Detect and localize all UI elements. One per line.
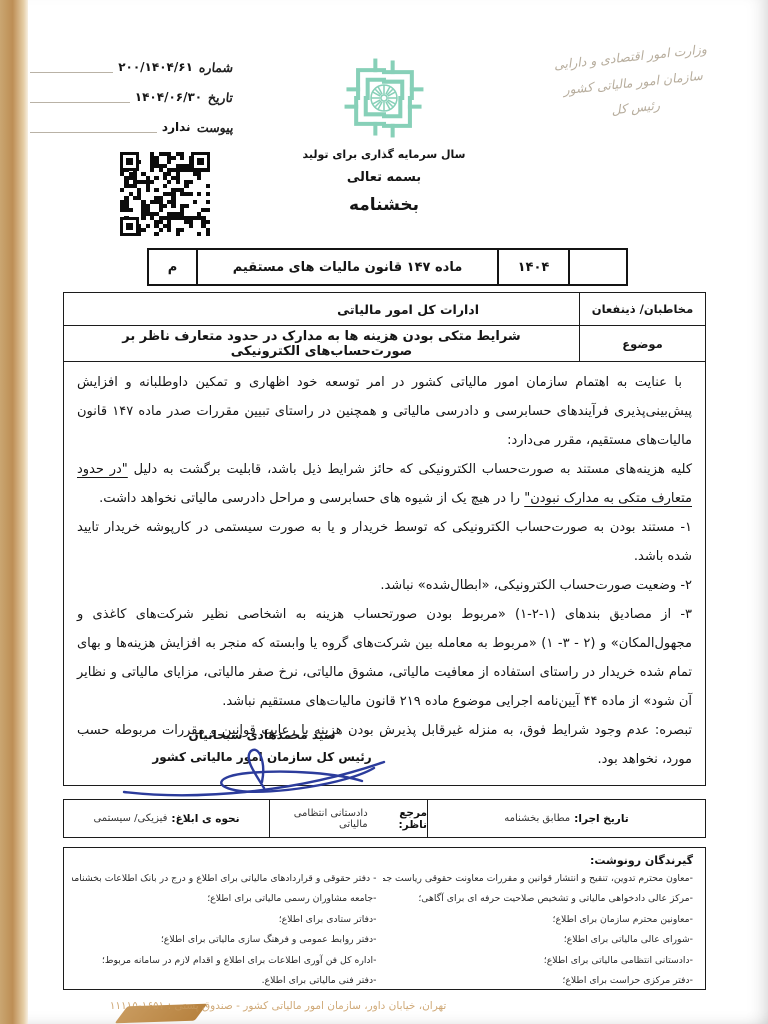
classification-year: ۱۴۰۴ <box>497 250 568 284</box>
attachment-label: پیوست <box>194 120 233 135</box>
qr-finder-icon <box>120 217 139 236</box>
execution-date-label: تاریخ اجرا: <box>574 813 629 825</box>
notification-method-cell: نحوه ی ابلاغ: فیزیکی/ سیستمی <box>64 800 269 837</box>
letter-date-row: تاریخ ۱۴۰۴/۰۶/۳۰ <box>30 82 232 112</box>
attachment-underline <box>30 132 157 133</box>
method-value: فیزیکی/ سیستمی <box>93 813 167 824</box>
recipients-column-right: -معاون محترم تدوین، تنقیح و انتشار قوانی… <box>383 869 694 992</box>
classification-code-letter: م <box>149 250 196 284</box>
document-type-title: بخشنامه <box>0 195 768 215</box>
authority-label: مرجع ناظر: <box>372 807 427 831</box>
execution-date-cell: تاریخ اجرا: مطابق بخشنامه <box>427 800 705 837</box>
number-value: ۲۰۰/۱۴۰۴/۶۱ <box>118 60 193 74</box>
letter-meta: شماره ۲۰۰/۱۴۰۴/۶۱ تاریخ ۱۴۰۴/۰۶/۳۰ پیوست… <box>30 52 232 142</box>
tax-organization-logo-icon <box>336 50 432 146</box>
audience-label: مخاطبان/ ذینفعان <box>579 293 705 325</box>
signer-name: سید محمدهادی سبحانیان <box>152 724 372 746</box>
recipient-item: -دفتر مرکزی حراست برای اطلاع؛ <box>383 971 694 991</box>
attachment-value: ندارد <box>162 120 191 134</box>
year-slogan: سال سرمایه گذاری برای تولید <box>0 148 768 161</box>
authority-value: دادستانی انتظامی مالیاتی <box>270 808 368 830</box>
classification-law-ref: ماده ۱۴۷ قانون مالیات های مستقیم <box>196 250 497 284</box>
recipient-item: -معاونین محترم سازمان برای اطلاع؛ <box>383 910 694 930</box>
subject-value: شرایط متکی بودن هزینه ها به مدارک در حدو… <box>64 326 579 361</box>
condition-item-1: ۱- مستند بودن به صورت‌حساب الکترونیکی که… <box>77 514 692 572</box>
audience-row: مخاطبان/ ذینفعان ادارات کل امور مالیاتی <box>64 293 705 325</box>
date-underline <box>30 102 130 103</box>
document-heading: سال سرمایه گذاری برای تولید بسمه تعالی ب… <box>0 148 768 215</box>
date-label: تاریخ <box>206 90 233 105</box>
ministry-letterhead: وزارت امور اقتصادی و دارایی سازمان امور … <box>535 34 732 130</box>
letter-number-row: شماره ۲۰۰/۱۴۰۴/۶۱ <box>30 52 232 82</box>
recipient-item: -معاون محترم تدوین، تنقیح و انتشار قوانی… <box>383 869 694 889</box>
execution-info-row: تاریخ اجرا: مطابق بخشنامه مرجع ناظر: داد… <box>63 799 706 838</box>
subject-label: موضوع <box>579 326 705 361</box>
copy-recipients-columns: -معاون محترم تدوین، تنقیح و انتشار قوانی… <box>72 869 693 992</box>
number-underline <box>30 72 113 73</box>
recipients-column-left: - دفتر حقوقی و قراردادهای مالیاتی برای ا… <box>72 869 383 992</box>
copy-recipients-box: گیرندگان رونوشت: -معاون محترم تدوین، تنق… <box>63 847 706 990</box>
classification-table: ۱۴۰۴ ماده ۱۴۷ قانون مالیات های مستقیم م <box>147 248 628 286</box>
recipient-item: -دفتر فنی مالیاتی برای اطلاع. <box>72 971 377 991</box>
recipient-item: -جامعه مشاوران رسمی مالیاتی برای اطلاع؛ <box>72 889 377 909</box>
letter-body: با عنایت به اهتمام سازمان امور مالیاتی ک… <box>64 361 705 785</box>
execution-date-value: مطابق بخشنامه <box>504 813 570 824</box>
signature-block: سید محمدهادی سبحانیان رئیس کل سازمان امو… <box>152 724 372 768</box>
recipient-item: -دفاتر ستادی برای اطلاع؛ <box>72 910 377 930</box>
subject-row: موضوع شرایط متکی بودن هزینه ها به مدارک … <box>64 325 705 361</box>
body-paragraph-1: با عنایت به اهتمام سازمان امور مالیاتی ک… <box>77 369 692 456</box>
recipient-item: -مرکز عالی دادخواهی مالیاتی و تشخیص صلاح… <box>383 889 694 909</box>
condition-item-2: ۲- وضعیت صورت‌حساب الکترونیکی، «ابطال‌شد… <box>77 572 692 601</box>
p2-post: را در هیچ یک از شیوه های حسابرسی و مراحل… <box>99 491 524 506</box>
besmellah: بسمه تعالی <box>0 170 768 185</box>
circular-letter-page: وزارت امور اقتصادی و دارایی سازمان امور … <box>0 0 768 1024</box>
date-value: ۱۴۰۴/۰۶/۳۰ <box>135 90 202 104</box>
organization-address: تهران، خیابان داور، سازمان امور مالیاتی … <box>78 1000 478 1012</box>
method-label: نحوه ی ابلاغ: <box>171 813 239 825</box>
supervisory-authority-cell: مرجع ناظر: دادستانی انتظامی مالیاتی <box>269 800 427 837</box>
condition-item-3: ۳- از مصادیق بندهای (۱-۲-۱) «مربوط بودن … <box>77 601 692 717</box>
recipient-item: -اداره کل فن آوری اطلاعات برای اطلاع و ا… <box>72 951 377 971</box>
letter-main-table: مخاطبان/ ذینفعان ادارات کل امور مالیاتی … <box>63 292 706 786</box>
recipient-item: -دفتر روابط عمومی و فرهنگ سازی مالیاتی ب… <box>72 930 377 950</box>
recipient-item: - دفتر حقوقی و قراردادهای مالیاتی برای ا… <box>72 869 377 889</box>
attachment-row: پیوست ندارد <box>30 112 232 142</box>
audience-value: ادارات کل امور مالیاتی <box>64 293 579 325</box>
body-paragraph-2: کلیه هزینه‌های مستند به صورت‌حساب الکترو… <box>77 456 692 514</box>
classification-empty-cell <box>568 250 626 284</box>
p2-pre: کلیه هزینه‌های مستند به صورت‌حساب الکترو… <box>128 462 692 477</box>
number-label: شماره <box>197 60 233 75</box>
recipient-item: -شورای عالی مالیاتی برای اطلاع؛ <box>383 930 694 950</box>
copy-recipients-header: گیرندگان رونوشت: <box>72 854 693 867</box>
signer-title: رئیس کل سازمان امور مالیاتی کشور <box>152 746 372 768</box>
recipient-item: -دادستانی انتظامی مالیاتی برای اطلاع؛ <box>383 951 694 971</box>
